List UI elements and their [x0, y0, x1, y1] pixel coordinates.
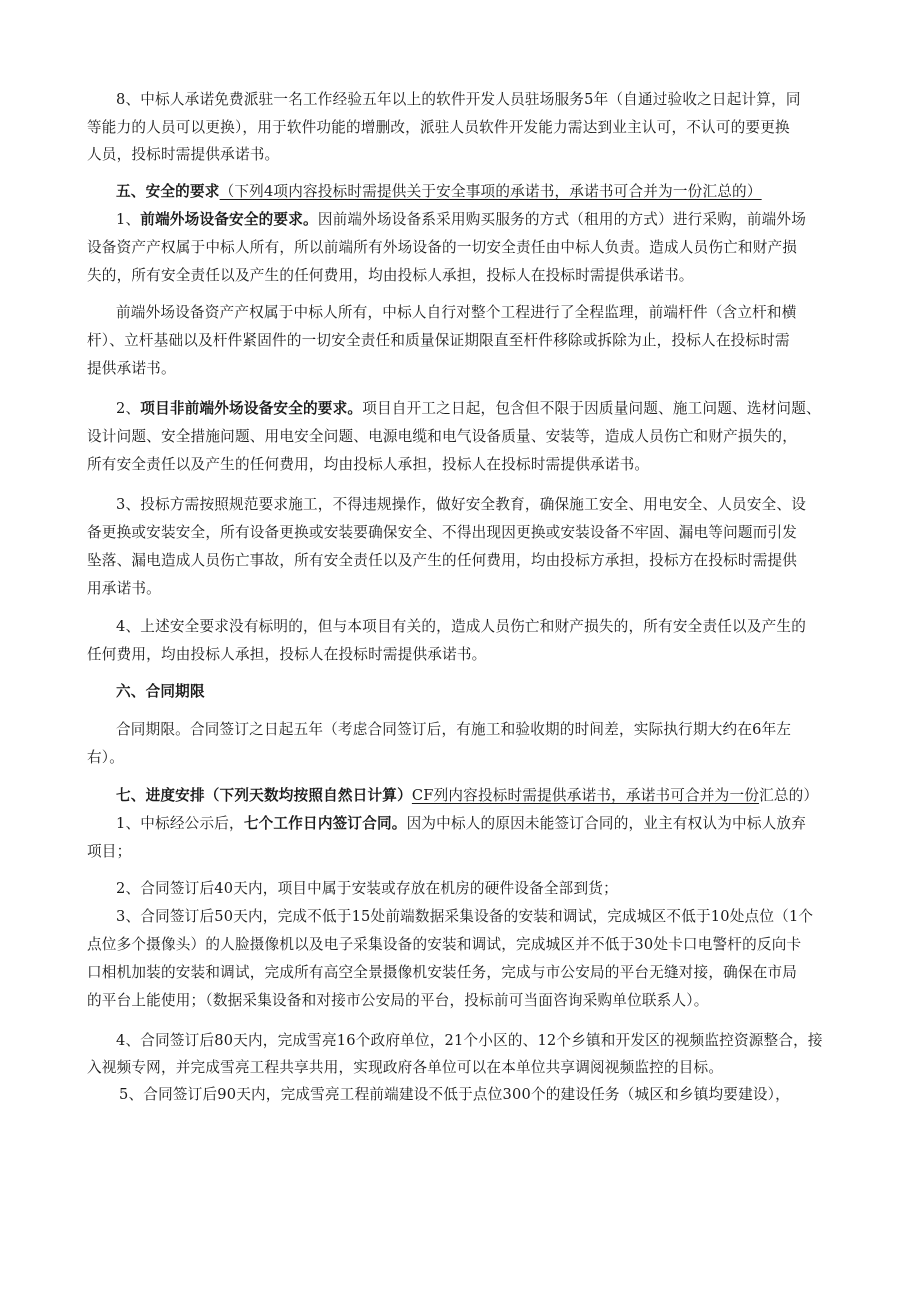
s5-item1-line-3: 失的，所有安全责任以及产生的任何费用，均由投标人承担，投标人在投标时需提供承诺书…	[87, 266, 847, 286]
item8-line-1: 8、中标人承诺免费派驻一名工作经验五年以上的软件开发人员驻场服务5年（自通过验收…	[116, 90, 876, 110]
section6-heading: 六、合同期限	[116, 682, 876, 702]
section7-heading: 七、进度安排（下列天数均按照自然日计算）CF列内容投标时需提供承诺书，承诺书可合…	[116, 786, 876, 806]
section7-note-tail: 汇总的）	[759, 787, 818, 804]
item8-line-2: 等能力的人员可以更换），用于软件功能的增删改，派驻人员软件开发能力需达到业主认可…	[87, 118, 847, 138]
s5-para-line-1: 前端外场设备资产产权属于中标人所有，中标人自行对整个工程进行了全程监理，前端杆件…	[116, 303, 876, 323]
item8-line-3: 人员，投标时需提供承诺书。	[87, 145, 847, 165]
s7-item3-line-1: 3、合同签订后50天内，完成不低于15处前端数据采集设备的安装和调试，完成城区不…	[116, 907, 876, 927]
s7-item3-line-2: 点位多个摄像头）的人脸摄像机以及电子采集设备的安装和调试，完成城区并不低于30处…	[87, 935, 847, 955]
s5-item2-text: 项目自开工之日起，包含但不限于因质量问题、施工问题、选材问题、	[362, 400, 821, 417]
s7-item3-line-3: 口相机加装的安装和调试，完成所有高空全景摄像机安装任务，完成与市公安局的平台无缝…	[87, 963, 847, 983]
s6-line-2: 右）。	[87, 748, 847, 768]
s5-item1-line-1: 1、前端外场设备安全的要求。因前端外场设备系采用购买服务的方式（租用的方式）进行…	[116, 210, 876, 230]
s7-item2: 2、合同签订后40天内，项目中属于安装或存放在机房的硬件设备全部到货；	[116, 879, 876, 899]
section5-note: （下列4项内容投标时需提供关于安全事项的承诺书，承诺书可合并为一份汇总的）	[220, 183, 762, 200]
s5-item2-line-1: 2、项目非前端外场设备安全的要求。项目自开工之日起，包含但不限于因质量问题、施工…	[116, 399, 876, 419]
s5-para-line-2: 杆）、立杆基础以及杆件紧固件的一切安全责任和质量保证期限直至杆件移除或拆除为止，…	[87, 331, 847, 351]
s5-item3-line-4: 用承诺书。	[87, 579, 847, 599]
s7-item1-bold: 七个工作日内签订合同。	[244, 815, 407, 832]
s7-item1-prefix: 1、中标经公示后，	[116, 815, 244, 832]
s5-item4-line-1: 4、上述安全要求没有标明的，但与本项目有关的，造成人员伤亡和财产损失的，所有安全…	[116, 617, 876, 637]
s5-item2-line-2: 设计问题、安全措施问题、用电安全问题、电源电缆和电气设备质量、安装等，造成人员伤…	[87, 427, 847, 447]
s7-item5-line-1: 5、合同签订后90天内，完成雪亮工程前端建设不低于点位300个的建设任务（城区和…	[119, 1085, 879, 1105]
s5-item3-line-1: 3、投标方需按照规范要求施工，不得违规操作，做好安全教育，确保施工安全、用电安全…	[116, 495, 876, 515]
s5-item3-line-2: 备更换或安装安全，所有设备更换或安装要确保安全、不得出现因更换或安装设备不牢固、…	[87, 523, 847, 543]
s6-line-1: 合同期限。合同签订之日起五年（考虑合同签订后，有施工和验收期的时间差，实际执行期…	[116, 720, 876, 740]
s5-item1-number: 1、	[116, 211, 140, 228]
section5-title: 五、安全的要求	[116, 183, 220, 200]
s5-item3-line-3: 坠落、漏电造成人员伤亡事故，所有安全责任以及产生的任何费用，均由投标方承担，投标…	[87, 551, 847, 571]
s5-item2-number: 2、	[116, 400, 140, 417]
s5-item2-line-3: 所有安全责任以及产生的任何费用，均由投标人承担，投标人在投标时需提供承诺书。	[87, 455, 847, 475]
s7-item1-line-1: 1、中标经公示后，七个工作日内签订合同。因为中标人的原因未能签订合同的，业主有权…	[116, 814, 876, 834]
s7-item4-line-2: 入视频专网，并完成雪亮工程共享共用，实现政府各单位可以在本单位共享调阅视频监控的…	[87, 1058, 847, 1078]
s5-item1-text: 因前端外场设备系采用购买服务的方式（租用的方式）进行采购，前端外场	[318, 211, 806, 228]
s5-item1-lead: 前端外场设备安全的要求。	[140, 211, 318, 228]
s7-item1-line-2: 项目；	[87, 842, 847, 862]
section7-note: CF列内容投标时需提供承诺书，承诺书可合并为一份	[412, 787, 759, 804]
s7-item1-rest: 因为中标人的原因未能签订合同的，业主有权认为中标人放弃	[407, 815, 806, 832]
s7-item4-line-1: 4、合同签订后80天内，完成雪亮16个政府单位，21个小区的、12个乡镇和开发区…	[116, 1031, 876, 1051]
section5-heading: 五、安全的要求（下列4项内容投标时需提供关于安全事项的承诺书，承诺书可合并为一份…	[116, 182, 876, 202]
s5-item4-line-2: 任何费用，均由投标人承担，投标人在投标时需提供承诺书。	[87, 645, 847, 665]
s5-para-line-3: 提供承诺书。	[87, 359, 847, 379]
s7-item3-line-4: 的平台上能使用；（数据采集设备和对接市公安局的平台，投标前可当面咨询采购单位联系…	[87, 991, 847, 1011]
section7-title: 七、进度安排（下列天数均按照自然日计算）	[116, 787, 412, 804]
s5-item1-line-2: 设备资产产权属于中标人所有，所以前端所有外场设备的一切安全责任由中标人负责。造成…	[87, 238, 847, 258]
s5-item2-lead: 项目非前端外场设备安全的要求。	[140, 400, 362, 417]
